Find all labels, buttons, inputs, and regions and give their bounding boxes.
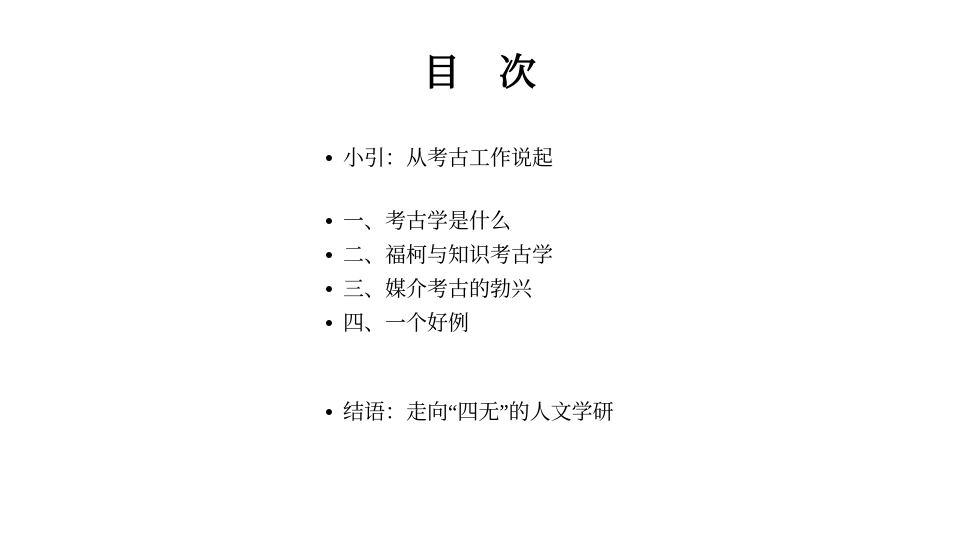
bullet-icon — [326, 155, 332, 161]
toc-group-outro: 结语：走向“四无”的人文学研 — [325, 395, 745, 429]
toc-item-text: 二、福柯与知识考古学 — [343, 243, 553, 267]
toc-item: 小引：从考古工作说起 — [325, 141, 745, 175]
toc-item-text: 四、一个好例 — [343, 311, 469, 335]
slide-title: 目 次 — [0, 52, 960, 94]
bullet-icon — [326, 252, 332, 258]
toc-item-text: 小引：从考古工作说起 — [343, 146, 553, 170]
toc-item: 结语：走向“四无”的人文学研 — [325, 395, 745, 429]
toc-item: 三、媒介考古的勃兴 — [325, 272, 745, 306]
toc-group-intro: 小引：从考古工作说起 — [325, 141, 745, 175]
toc-item: 二、福柯与知识考古学 — [325, 238, 745, 272]
toc-item: 一、考古学是什么 — [325, 204, 745, 238]
toc-item-text: 结语：走向“四无”的人文学研 — [343, 400, 614, 424]
toc-item-text: 三、媒介考古的勃兴 — [343, 277, 532, 301]
bullet-icon — [326, 218, 332, 224]
bullet-icon — [326, 320, 332, 326]
toc-item-text: 一、考古学是什么 — [343, 209, 511, 233]
toc-item: 四、一个好例 — [325, 306, 745, 340]
slide: 目 次 小引：从考古工作说起 一、考古学是什么 二、福柯与知识考古学 三、媒介考… — [0, 0, 960, 540]
toc-list: 小引：从考古工作说起 一、考古学是什么 二、福柯与知识考古学 三、媒介考古的勃兴… — [325, 141, 745, 429]
bullet-icon — [326, 286, 332, 292]
toc-group-main: 一、考古学是什么 二、福柯与知识考古学 三、媒介考古的勃兴 四、一个好例 — [325, 204, 745, 340]
bullet-icon — [326, 409, 332, 415]
